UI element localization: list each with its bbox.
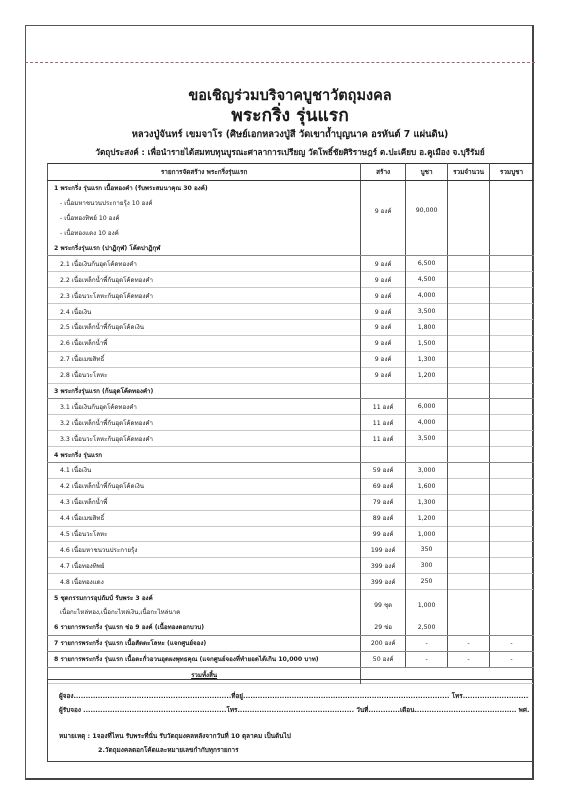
item-label: 2.7 เนื้อเมฆสิทธิ์ — [48, 351, 361, 367]
reserver-line[interactable]: ผู้จอง..................................… — [59, 691, 529, 701]
item-label: 3.3 เนื้อนวะโลหะก้นอุดโค้ดทองคำ — [48, 431, 361, 447]
purpose-line: วัตถุประสงค์ : เพื่อนำรายได้สมทบทุนบูรณะ… — [0, 146, 580, 159]
qty-cell: 50 องค์ — [361, 651, 406, 667]
monk-line: หลวงปู่จันทร์ เขมจาโร (ศิษย์เอกหลวงปู่สี… — [0, 127, 580, 142]
empty-cell — [490, 447, 534, 463]
table-row: 2.8 เนื้อนวะโลหะ9 องค์1,200 — [48, 367, 534, 383]
table-group-row: 5 ชุดกรรมการอุปถัมป์ รับพระ 3 องค์99 ชุด… — [48, 590, 534, 605]
price-cell: 4,500 — [406, 272, 448, 288]
item-label: 2.3 เนื้อนวะโลหะก้นอุดโค้ดทองคำ — [48, 288, 361, 304]
price-cell: 1,300 — [406, 351, 448, 367]
qty-cell: 69 องค์ — [361, 478, 406, 494]
total-qty-cell — [448, 335, 490, 351]
note-1: หมายเหตุ : 1จองที่ไหน รับพระที่นั่น รับว… — [59, 731, 291, 741]
item-label: 4.8 เนื้อทองแดง — [48, 574, 361, 590]
price-cell: - — [406, 635, 448, 651]
item-label: 4.5 เนื้อนวะโลหะ — [48, 526, 361, 542]
qty-cell: 9 องค์ — [361, 304, 406, 320]
total-price-cell — [490, 478, 534, 494]
total-qty-cell — [448, 399, 490, 415]
subline: - เนื้อมหาชนวนประกายรุ้ง 10 องค์ — [48, 196, 361, 211]
total-price-cell — [490, 494, 534, 510]
total-price-cell: - — [490, 635, 534, 651]
price-cell: 1,000 — [406, 526, 448, 542]
item-label: 2.1 เนื้อเงินก้นอุดโค้ดทองคำ — [48, 256, 361, 272]
qty-cell: 59 องค์ — [361, 463, 406, 479]
qty-cell: 9 องค์ — [361, 367, 406, 383]
price-cell: 1,800 — [406, 320, 448, 336]
table-row: 4.6 เนื้อมหาชนวนประกายรุ้ง199 องค์350 — [48, 542, 534, 558]
qty-cell: 200 องค์ — [361, 635, 406, 651]
total-price-cell — [490, 574, 534, 590]
total-price-cell — [490, 399, 534, 415]
total-price-cell — [490, 367, 534, 383]
table-row: 3.3 เนื้อนวะโลหะก้นอุดโค้ดทองคำ11 องค์3,… — [48, 431, 534, 447]
table-group-row: 2 พระกริ่งรุ่นแรก (ปาฏิกุฬ) โค้ดปาฏิกุฬ — [48, 241, 534, 256]
total-qty-cell — [448, 542, 490, 558]
price-cell: 2,500 — [406, 620, 448, 635]
amulet-title: พระกริ่ง รุ่นแรก — [0, 101, 580, 129]
item-label: 4.2 เนื้อเหล็กน้ำพี้ก้นอุดโค้ดเงิน — [48, 478, 361, 494]
total-price-cell — [490, 415, 534, 431]
item-label: 6 รายการพระกริ่ง รุ่นแรก ช่อ 9 องค์ (เนื… — [48, 620, 361, 635]
qty-cell: 9 องค์ — [361, 272, 406, 288]
total-qty-cell — [448, 526, 490, 542]
table-group-row: 1 พระกริ่ง รุ่นแรก เนื้อทองคำ (รับพระสมน… — [48, 181, 534, 196]
item-label: 3.2 เนื้อเหล็กน้ำพี้ก้นอุดโค้ดทองคำ — [48, 415, 361, 431]
total-qty-cell — [448, 574, 490, 590]
group-title: 4 พระกริ่ง รุ่นแรก — [48, 447, 361, 463]
item-label: 2.6 เนื้อเหล็กน้ำพี้ — [48, 335, 361, 351]
empty-cell — [406, 241, 448, 256]
price-cell: 3,500 — [406, 431, 448, 447]
total-price-cell — [490, 558, 534, 574]
total-price-cell — [490, 542, 534, 558]
table-row: 2.2 เนื้อเหล็กน้ำพี้ก้นอุดโค้ดทองคำ9 องค… — [48, 272, 534, 288]
total-price-cell — [490, 335, 534, 351]
table-row: 8 รายการพระกริ่ง รุ่นแรก เนื้อตะกั่วอวนอ… — [48, 651, 534, 667]
total-qty-cell — [448, 590, 490, 620]
total-qty-cell — [448, 320, 490, 336]
col-header-item: รายการจัดสร้าง พระกริ่งรุ่นแรก — [48, 164, 361, 181]
total-qty-cell — [448, 367, 490, 383]
table-group-row: 4 พระกริ่ง รุ่นแรก — [48, 447, 534, 463]
empty-cell — [448, 241, 490, 256]
total-price-cell — [490, 351, 534, 367]
empty-cell — [448, 447, 490, 463]
qty-cell: 99 องค์ — [361, 526, 406, 542]
qty-cell: 9 องค์ — [361, 288, 406, 304]
empty-cell — [406, 447, 448, 463]
total-price-cell — [490, 304, 534, 320]
qty-cell: 99 ชุด — [361, 590, 406, 620]
table-row: 3.1 เนื้อเงินก้นอุดโค้ดทองคำ11 องค์6,000 — [48, 399, 534, 415]
group-title: 5 ชุดกรรมการอุปถัมป์ รับพระ 3 องค์ — [48, 590, 361, 605]
total-qty-cell — [448, 288, 490, 304]
item-label: 2.5 เนื้อเหล็กน้ำพี้ก้นอุดโค้ดเงิน — [48, 320, 361, 336]
price-cell: 1,200 — [406, 367, 448, 383]
price-cell: 3,500 — [406, 304, 448, 320]
price-cell: 250 — [406, 574, 448, 590]
total-qty-cell — [448, 304, 490, 320]
table-row: 4.2 เนื้อเหล็กน้ำพี้ก้นอุดโค้ดเงิน69 องค… — [48, 478, 534, 494]
table-group-row: 3 พระกริ่งรุ่นแรก (ก้นอุดโค้ดทองคำ) — [48, 383, 534, 399]
item-label: 4.6 เนื้อมหาชนวนประกายรุ้ง — [48, 542, 361, 558]
qty-cell: 11 องค์ — [361, 399, 406, 415]
total-qty-cell — [448, 510, 490, 526]
qty-cell: 89 องค์ — [361, 510, 406, 526]
price-cell: 1,500 — [406, 335, 448, 351]
total-qty-cell — [448, 272, 490, 288]
total-price-cell — [490, 288, 534, 304]
col-header-total-price: รวมบูชา — [490, 164, 534, 181]
qty-cell: 9 องค์ — [361, 320, 406, 336]
total-qty-cell — [448, 256, 490, 272]
cut-line-divider — [25, 62, 535, 63]
col-header-price: บูชา — [406, 164, 448, 181]
total-qty-cell: - — [448, 651, 490, 667]
qty-cell: 11 องค์ — [361, 431, 406, 447]
subline: - เนื้อทองทิพย์ 10 องค์ — [48, 211, 361, 226]
subline: - เนื้อทองแดง 10 องค์ — [48, 226, 361, 241]
empty-cell — [361, 241, 406, 256]
price-cell: 3,000 — [406, 463, 448, 479]
table-row: 3.2 เนื้อเหล็กน้ำพี้ก้นอุดโค้ดทองคำ11 อง… — [48, 415, 534, 431]
note-2: 2.วัตถุมงคลตอกโค้ดและหมายเลขกำกับทุกรายก… — [98, 745, 239, 755]
group-title: 1 พระกริ่ง รุ่นแรก เนื้อทองคำ (รับพระสมน… — [48, 181, 361, 196]
item-label: 8 รายการพระกริ่ง รุ่นแรก เนื้อตะกั่วอวนอ… — [48, 651, 361, 667]
total-qty-cell — [448, 463, 490, 479]
qty-cell: 399 องค์ — [361, 574, 406, 590]
total-price-cell — [490, 510, 534, 526]
item-label: 2.4 เนื้อเงิน — [48, 304, 361, 320]
table-row: 2.1 เนื้อเงินก้นอุดโค้ดทองคำ9 องค์6,500 — [48, 256, 534, 272]
receiver-line[interactable]: ผู้รับจอง ..............................… — [59, 705, 529, 715]
qty-cell: 199 องค์ — [361, 542, 406, 558]
price-cell: 1,600 — [406, 478, 448, 494]
total-price-cell — [490, 320, 534, 336]
qty-cell: 79 องค์ — [361, 494, 406, 510]
item-label: 7 รายการพระกริ่ง รุ่นแรก เนื้อสัตตะโลหะ … — [48, 635, 361, 651]
empty-cell — [361, 383, 406, 399]
total-price-cell — [490, 463, 534, 479]
price-cell: 1,000 — [406, 590, 448, 620]
order-table: รายการจัดสร้าง พระกริ่งรุ่นแรก สร้าง บูช… — [47, 163, 534, 684]
qty-cell: 29 ช่อ — [361, 620, 406, 635]
empty-cell — [406, 383, 448, 399]
item-label: 3.1 เนื้อเงินก้นอุดโค้ดทองคำ — [48, 399, 361, 415]
total-price-cell — [490, 272, 534, 288]
group-title: 3 พระกริ่งรุ่นแรก (ก้นอุดโค้ดทองคำ) — [48, 383, 361, 399]
total-price-cell — [490, 620, 534, 635]
table-row: 4.7 เนื้อทองทิพย์399 องค์300 — [48, 558, 534, 574]
qty-cell: 11 องค์ — [361, 415, 406, 431]
item-label: 4.7 เนื้อทองทิพย์ — [48, 558, 361, 574]
total-qty-cell — [448, 181, 490, 241]
qty-cell: 9 องค์ — [361, 335, 406, 351]
total-qty-cell — [448, 620, 490, 635]
price-cell: 4,000 — [406, 415, 448, 431]
group-title: 2 พระกริ่งรุ่นแรก (ปาฏิกุฬ) โค้ดปาฏิกุฬ — [48, 241, 361, 256]
table-row: 2.4 เนื้อเงิน9 องค์3,500 — [48, 304, 534, 320]
table-row: 2.3 เนื้อนวะโลหะก้นอุดโค้ดทองคำ9 องค์4,0… — [48, 288, 534, 304]
col-header-qty: สร้าง — [361, 164, 406, 181]
empty-cell — [490, 383, 534, 399]
total-price-cell — [490, 181, 534, 241]
col-header-total-qty: รวมจำนวน — [448, 164, 490, 181]
item-label: 4.4 เนื้อเมฆสิทธิ์ — [48, 510, 361, 526]
item-label: 4.1 เนื้อเงิน — [48, 463, 361, 479]
table-row: 4.3 เนื้อเหล็กน้ำพี้79 องค์1,300 — [48, 494, 534, 510]
item-label: 4.3 เนื้อเหล็กน้ำพี้ — [48, 494, 361, 510]
table-row: 2.7 เนื้อเมฆสิทธิ์9 องค์1,300 — [48, 351, 534, 367]
table-row: 4.5 เนื้อนวะโลหะ99 องค์1,000 — [48, 526, 534, 542]
price-cell: 4,000 — [406, 288, 448, 304]
total-qty-cell — [448, 494, 490, 510]
price-cell: 6,500 — [406, 256, 448, 272]
table-row: 2.5 เนื้อเหล็กน้ำพี้ก้นอุดโค้ดเงิน9 องค์… — [48, 320, 534, 336]
total-qty-cell — [448, 415, 490, 431]
qty-cell: 9 องค์ — [361, 351, 406, 367]
total-qty-cell — [448, 478, 490, 494]
table-row: 6 รายการพระกริ่ง รุ่นแรก ช่อ 9 องค์ (เนื… — [48, 620, 534, 635]
subline: เนื้อกะไหล่ทอง,เนื้อกะไหล่เงิน,เนื้อกะไห… — [48, 605, 361, 620]
table-row: 7 รายการพระกริ่ง รุ่นแรก เนื้อสัตตะโลหะ … — [48, 635, 534, 651]
empty-cell — [361, 447, 406, 463]
table-header-row: รายการจัดสร้าง พระกริ่งรุ่นแรก สร้าง บูช… — [48, 164, 534, 181]
empty-cell — [448, 383, 490, 399]
total-qty-cell — [448, 431, 490, 447]
table-row: 4.1 เนื้อเงิน59 องค์3,000 — [48, 463, 534, 479]
table-row: 4.8 เนื้อทองแดง399 องค์250 — [48, 574, 534, 590]
total-price-cell — [490, 526, 534, 542]
total-price-cell — [490, 431, 534, 447]
reservation-form: ผู้จอง..................................… — [47, 679, 534, 762]
total-qty-cell: - — [448, 635, 490, 651]
qty-cell: 9 องค์ — [361, 181, 406, 241]
empty-cell — [490, 241, 534, 256]
table-row: 2.6 เนื้อเหล็กน้ำพี้9 องค์1,500 — [48, 335, 534, 351]
total-price-cell — [490, 590, 534, 620]
item-label: 2.2 เนื้อเหล็กน้ำพี้ก้นอุดโค้ดทองคำ — [48, 272, 361, 288]
price-cell: - — [406, 651, 448, 667]
item-label: 2.8 เนื้อนวะโลหะ — [48, 367, 361, 383]
qty-cell: 9 องค์ — [361, 256, 406, 272]
total-price-cell — [490, 256, 534, 272]
price-cell: 1,200 — [406, 510, 448, 526]
price-cell: 1,300 — [406, 494, 448, 510]
price-cell: 6,000 — [406, 399, 448, 415]
price-cell: 90,000 — [406, 181, 448, 241]
price-cell: 350 — [406, 542, 448, 558]
total-qty-cell — [448, 558, 490, 574]
qty-cell: 399 องค์ — [361, 558, 406, 574]
total-price-cell: - — [490, 651, 534, 667]
price-cell: 300 — [406, 558, 448, 574]
total-qty-cell — [448, 351, 490, 367]
table-row: 4.4 เนื้อเมฆสิทธิ์89 องค์1,200 — [48, 510, 534, 526]
